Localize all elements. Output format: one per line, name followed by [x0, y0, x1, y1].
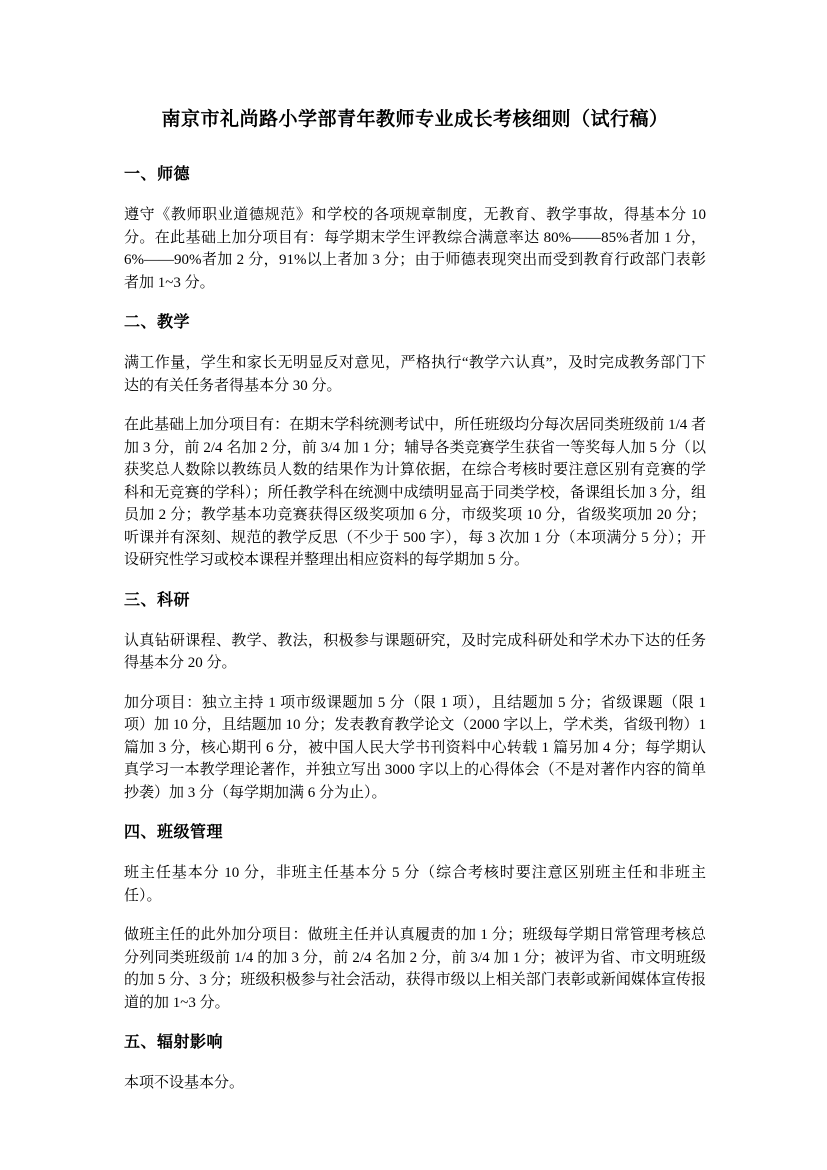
section-research: 三、科研 认真钻研课程、教学、教法，积极参与课题研究，及时完成科研处和学术办下达…	[124, 590, 706, 805]
document-title: 南京市礼尚路小学部青年教师专业成长考核细则（试行稿）	[124, 108, 706, 132]
document-content: 南京市礼尚路小学部青年教师专业成长考核细则（试行稿） 一、师德 遵守《教师职业道…	[124, 108, 706, 1112]
section-morality-heading: 一、师德	[124, 164, 706, 186]
section-teaching-base-paragraph: 满工作量，学生和家长无明显反对意见，严格执行“教学六认真”，及时完成教务部门下达…	[124, 352, 706, 397]
section-class-management-heading: 四、班级管理	[124, 822, 706, 844]
document-page: 南京市礼尚路小学部青年教师专业成长考核细则（试行稿） 一、师德 遵守《教师职业道…	[0, 0, 827, 1170]
section-teaching-heading: 二、教学	[124, 312, 706, 334]
section-radiating-influence-heading: 五、辐射影响	[124, 1032, 706, 1054]
section-teaching: 二、教学 满工作量，学生和家长无明显反对意见，严格执行“教学六认真”，及时完成教…	[124, 312, 706, 572]
section-research-bonus-paragraph: 加分项目：独立主持 1 项市级课题加 5 分（限 1 项），且结题加 5 分；省…	[124, 692, 706, 805]
section-class-management: 四、班级管理 班主任基本分 10 分，非班主任基本分 5 分（综合考核时要注意区…	[124, 822, 706, 1014]
section-teaching-bonus-paragraph: 在此基础上加分项目有：在期末学科统测考试中，所任班级均分每次居同类班级前 1/4…	[124, 414, 706, 572]
section-class-management-base-paragraph: 班主任基本分 10 分，非班主任基本分 5 分（综合考核时要注意区别班主任和非班…	[124, 862, 706, 907]
section-morality-paragraph: 遵守《教师职业道德规范》和学校的各项规章制度，无教育、教学事故，得基本分 10 …	[124, 204, 706, 294]
section-radiating-influence: 五、辐射影响 本项不设基本分。	[124, 1032, 706, 1095]
section-morality: 一、师德 遵守《教师职业道德规范》和学校的各项规章制度，无教育、教学事故，得基本…	[124, 164, 706, 294]
section-class-management-bonus-paragraph: 做班主任的此外加分项目：做班主任并认真履责的加 1 分；班级每学期日常管理考核总…	[124, 924, 706, 1014]
section-radiating-influence-paragraph: 本项不设基本分。	[124, 1072, 706, 1095]
section-research-base-paragraph: 认真钻研课程、教学、教法，积极参与课题研究，及时完成科研处和学术办下达的任务得基…	[124, 630, 706, 675]
section-research-heading: 三、科研	[124, 590, 706, 612]
